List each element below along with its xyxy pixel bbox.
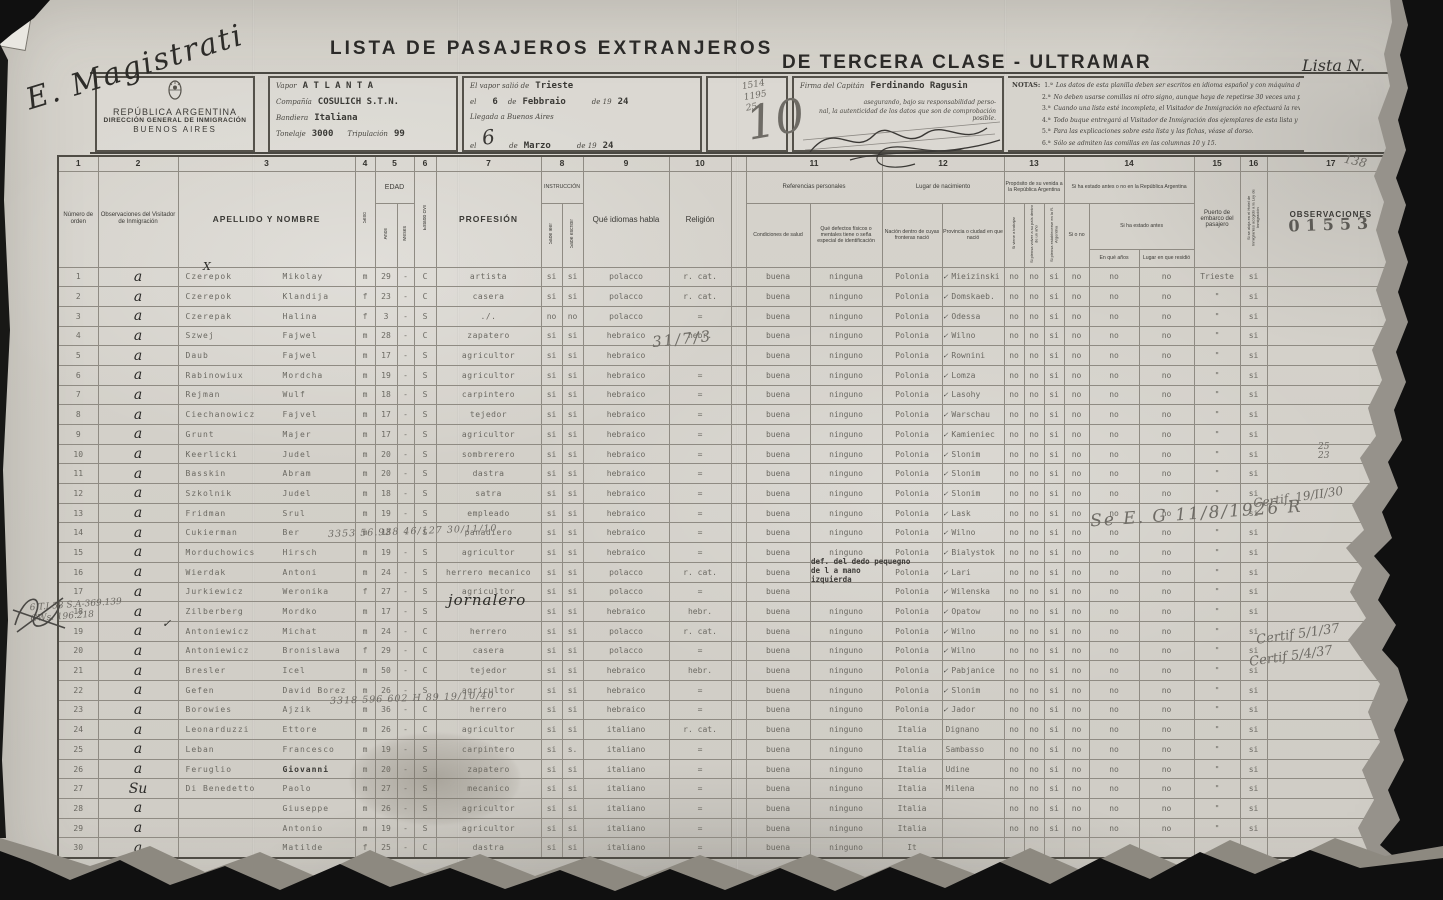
cell-hotel: si [1240,602,1267,622]
nota-text: Cuando una lista esté incompleta, el Vis… [1054,103,1300,115]
cell-civil-status: C [414,661,436,681]
cell-purpose-c: si [1044,503,1064,523]
cell-embark-port: " [1194,700,1240,720]
cell-age-years: 17 [375,346,397,366]
cell-health: buena [746,720,810,740]
cell-religion: hebr. [669,661,731,681]
de-label: de [508,98,517,106]
cell-age-months: - [397,306,414,326]
cell-visitor-mark: a [98,385,178,405]
cell-religion: = [669,838,731,858]
cell-where-resided: no [1139,306,1194,326]
cell-can-read: si [541,543,562,563]
col-number: 15 [1194,156,1240,171]
cell-language: hebraico [583,484,669,504]
cell-purpose-c: si [1044,484,1064,504]
cell-name: FeruglioGiovanni [178,759,355,779]
cell-embark-port [1194,838,1240,858]
cell-gap [731,759,746,779]
cell-name: KeerlickiJudel [178,444,355,464]
cell-gap [731,365,746,385]
cell-health: buena [746,740,810,760]
cell-visitor-mark: Su [98,779,178,799]
cell-civil-status: S [414,602,436,622]
cell-purpose-a: no [1004,661,1024,681]
cell-purpose-c: si [1044,582,1064,602]
vapor-label: Vapor [276,82,297,90]
cell-name: SzkolnikJudel [178,484,355,504]
captain-line2: nal, la autenticidad de los datos que so… [800,108,996,122]
cell-order-number: 4 [58,326,98,346]
cell-purpose-b: no [1024,503,1044,523]
nota-num: 3.ª [1042,103,1051,115]
passenger-row: 15 a MorduchowicsHirsch m 19 - S agricul… [58,543,1395,563]
cell-profession: tejedor [436,661,541,681]
cell-age-years: 29 [375,267,397,287]
cell-health: buena [746,779,810,799]
cell-purpose-c: si [1044,720,1064,740]
passenger-row: 1 a CzerepokMikolay m 29 - C artista si … [58,267,1395,287]
passenger-row: 26 a FeruglioGiovanni m 20 - S zapatero … [58,759,1395,779]
cell-gap [731,267,746,287]
cell-age-months: - [397,267,414,287]
cell-health: buena [746,621,810,641]
cell-which-years: no [1089,405,1139,425]
cell-been-before: no [1064,543,1089,563]
header-proposito-b: Si piensa volver a su país dentro de un … [1024,203,1044,267]
cell-gap [731,838,746,858]
cell-health: buena [746,641,810,661]
cell-birth-city: Dignano [942,720,1004,740]
cell-birth-city: ✓Jador [942,700,1004,720]
stamp-number: 01553 [1267,218,1394,229]
cell-civil-status: C [414,267,436,287]
cell-civil-status: S [414,306,436,326]
cell-hotel: si [1240,464,1267,484]
cell-gap [731,680,746,700]
cell-birth-nation: Polonia [882,267,942,287]
cell-birth-city [942,838,1004,858]
cell-purpose-c: si [1044,464,1064,484]
cell-gap [731,582,746,602]
cell-purpose-b: no [1024,306,1044,326]
passenger-row: 25 a LebanFrancesco m 19 - S carpintero … [58,740,1395,760]
margin-row-number: 1 [1386,267,1392,278]
cell-hotel: si [1240,818,1267,838]
cell-age-months: - [397,444,414,464]
cell-can-write: s. [562,740,583,760]
cell-birth-nation: Polonia [882,306,942,326]
cell-defects: ninguno [810,365,882,385]
cell-purpose-a: no [1004,720,1024,740]
cell-religion: r. cat. [669,267,731,287]
cell-order-number: 7 [58,385,98,405]
cell-can-write: si [562,523,583,543]
header-apellido-nombre: APELLIDO Y NOMBRE [178,171,355,267]
cell-purpose-c: si [1044,346,1064,366]
header-estado-civil: Estado civil [414,171,436,267]
header-en-que-anos: En qué años [1089,249,1139,267]
cell-name: SzwejFajwel [178,326,355,346]
cell-can-read: no [541,306,562,326]
cell-birth-nation: Polonia [882,700,942,720]
margin-row-number: 14 [1386,523,1399,534]
cell-can-write: si [562,385,583,405]
cell-embark-port: Trieste [1194,267,1240,287]
defect-note-line: def. del dedo pequegno [811,557,910,566]
cell-sex: m [355,661,375,681]
cell-can-write: si [562,838,583,858]
cell-language: polacco [583,267,669,287]
cell-religion: = [669,306,731,326]
cell-embark-port: " [1194,740,1240,760]
table-header: 1 2 3 4 5 6 7 8 9 10 11 12 13 14 15 16 1… [58,156,1395,267]
cell-purpose-a: no [1004,385,1024,405]
cell-birth-nation: Polonia [882,582,942,602]
cell-can-write: si [562,759,583,779]
cell-purpose-a: no [1004,818,1024,838]
cell-health: buena [746,385,810,405]
passenger-row: 21 a BreslerIcel m 50 - C tejedor si si … [58,661,1395,681]
cell-name: RabinowiuxMordcha [178,365,355,385]
cell-purpose-a: no [1004,484,1024,504]
cell-age-months: - [397,602,414,622]
header-rule-top [90,72,1392,74]
cell-age-months: - [397,641,414,661]
cell-which-years: no [1089,444,1139,464]
nota-num: 1.ª [1044,80,1053,92]
cell-purpose-a: no [1004,365,1024,385]
cell-purpose-a: no [1004,503,1024,523]
cell-birth-city: ✓Slonim [942,464,1004,484]
passenger-row: 30 a Matilde f 25 - C dastra si si itali… [58,838,1395,858]
cell-hotel: si [1240,287,1267,307]
cell-purpose-a: no [1004,562,1024,582]
cell-age-years: 17 [375,602,397,622]
cell-religion [669,346,731,366]
handwritten-x-row1: X [203,260,211,273]
cell-profession: ./. [436,306,541,326]
cell-can-write: si [562,799,583,819]
cell-observations [1267,543,1395,563]
cell-civil-status: S [414,484,436,504]
header-meses: Meses [397,203,414,267]
cell-visitor-mark: a [98,464,178,484]
cell-observations [1267,425,1395,445]
passenger-row: 7 a RejmanWulf m 18 - S carpintero si si… [58,385,1395,405]
mes-llegada: Marzo [524,141,551,151]
cell-civil-status: S [414,503,436,523]
header-sabe-escribir: Sabe escribir [562,203,583,267]
cell-health: buena [746,425,810,445]
cell-language: hebraico [583,365,669,385]
cell-age-months: - [397,562,414,582]
cell-can-write: no [562,306,583,326]
cell-religion: = [669,484,731,504]
cell-hotel: si [1240,425,1267,445]
cell-order-number: 22 [58,680,98,700]
cell-religion: = [669,641,731,661]
cell-embark-port: " [1194,306,1240,326]
col-number: 8 [541,156,583,171]
voyage-info-box: El vapor salió deTrieste el6deFebbraiode… [462,76,702,152]
cell-visitor-mark: a [98,267,178,287]
cell-can-read: si [541,621,562,641]
cell-purpose-a: no [1004,740,1024,760]
header-referencias: Referencias personales [746,171,882,203]
cell-which-years: no [1089,562,1139,582]
cell-birth-city: ✓Pabjanice [942,661,1004,681]
cell-health: buena [746,464,810,484]
cell-gap [731,287,746,307]
captain-line1: asegurando, bajo su responsabilidad pers… [800,99,996,106]
cell-language: hebraico [583,503,669,523]
cell-profession: agricultor [436,365,541,385]
cell-age-months: - [397,484,414,504]
vapor-value: A T L A N T A [303,81,373,91]
cell-purpose-c: si [1044,365,1064,385]
nota-text: No deben usarse comillas ni otro signo, … [1054,92,1300,104]
cell-language: italiano [583,799,669,819]
margin-row-number: 19 [1386,622,1399,633]
nota-text: Sólo se admiten las comillas en las colu… [1054,138,1217,150]
cell-visitor-mark: a [98,425,178,445]
cell-gap [731,444,746,464]
cell-hotel: si [1240,582,1267,602]
cell-defects: ninguno [810,306,882,326]
cell-purpose-b: no [1024,287,1044,307]
passenger-row: 27 Su Di BenedettoPaolo m 27 - S mecanic… [58,779,1395,799]
cell-birth-nation: Polonia [882,444,942,464]
cell-purpose-b: no [1024,444,1044,464]
cell-where-resided: no [1139,385,1194,405]
cell-purpose-b: no [1024,346,1044,366]
cell-gap [731,641,746,661]
cell-gap [731,720,746,740]
cell-religion: = [669,818,731,838]
cell-order-number: 3 [58,306,98,326]
cell-order-number: 19 [58,621,98,641]
cell-birth-city: ✓Wilno [942,523,1004,543]
handwritten-jornalero: jornalero [448,591,526,609]
cell-order-number: 13 [58,503,98,523]
cell-purpose-c: si [1044,621,1064,641]
cell-hotel: si [1240,346,1267,366]
cell-name: LeonarduzziEttore [178,720,355,740]
cell-age-years: 20 [375,464,397,484]
paper-stain [350,733,520,825]
cell-language: hebraico [583,385,669,405]
cell-can-write: si [562,621,583,641]
cell-been-before: no [1064,759,1089,779]
captain-name: Ferdinando Ragusin [870,81,968,91]
cell-which-years: no [1089,306,1139,326]
cell-purpose-c: si [1044,306,1064,326]
cell-purpose-c: si [1044,385,1064,405]
cell-sex: m [355,444,375,464]
cell-hotel: si [1240,326,1267,346]
cell-age-years: 3 [375,306,397,326]
cell-age-years: 24 [375,621,397,641]
cell-where-resided: no [1139,464,1194,484]
cell-embark-port: " [1194,621,1240,641]
cell-embark-port: " [1194,464,1240,484]
cell-profession: dastra [436,464,541,484]
cell-order-number: 1 [58,267,98,287]
header-numero-orden: Número de orden [58,171,98,267]
cell-gap [731,503,746,523]
cell-sex: m [355,365,375,385]
cell-can-read: si [541,346,562,366]
cell-defects: ninguno [810,779,882,799]
cell-which-years: no [1089,582,1139,602]
cell-name: JurkiewiczWeronika [178,582,355,602]
cell-can-write: si [562,543,583,563]
cell-profession: casera [436,287,541,307]
cell-purpose-b: no [1024,582,1044,602]
cell-sex: m [355,464,375,484]
cell-defects: ninguno [810,385,882,405]
passenger-row: 11 a BasskinAbram m 20 - S dastra si si … [58,464,1395,484]
cell-which-years: no [1089,287,1139,307]
cell-can-read: si [541,405,562,425]
passenger-row: 28 a Giuseppe m 26 - S agricultor si si … [58,799,1395,819]
margin-row-number: 11 [1386,464,1399,475]
cell-can-read: si [541,444,562,464]
cell-purpose-b: no [1024,464,1044,484]
cell-hotel: si [1240,385,1267,405]
cell-purpose-a: no [1004,425,1024,445]
cell-purpose-c [1044,838,1064,858]
cell-profession: agricultor [436,346,541,366]
cell-purpose-a: no [1004,523,1024,543]
cell-visitor-mark: a [98,287,178,307]
cell-health: buena [746,759,810,779]
cell-defects: ninguno [810,326,882,346]
col-number: 10 [669,156,731,171]
cell-gap [731,346,746,366]
cell-gap [731,661,746,681]
margin-row-number: 5 [1386,346,1392,357]
margin-row-number: 4 [1386,326,1392,337]
cell-gap [731,464,746,484]
cell-sex: m [355,484,375,504]
cell-which-years: no [1089,385,1139,405]
margin-row-number: 12 [1386,484,1399,495]
pencil-number-10: 10 [742,87,809,150]
cell-been-before: no [1064,799,1089,819]
cell-where-resided: no [1139,799,1194,819]
cell-purpose-b: no [1024,425,1044,445]
cell-where-resided: no [1139,346,1194,366]
cell-visitor-mark: a [98,759,178,779]
cell-age-months: - [397,346,414,366]
cell-order-number: 28 [58,799,98,819]
cell-purpose-b: no [1024,267,1044,287]
cell-age-months: - [397,365,414,385]
cell-religion: r. cat. [669,287,731,307]
cell-sex: m [355,405,375,425]
cell-been-before: no [1064,287,1089,307]
cell-birth-nation: It [882,838,942,858]
cell-can-write: si [562,700,583,720]
cell-visitor-mark: a [98,562,178,582]
cell-observations [1267,405,1395,425]
cell-age-months: - [397,385,414,405]
cell-purpose-b: no [1024,365,1044,385]
header-estado-antes: Si ha estado antes o no en la República … [1064,171,1194,203]
cell-where-resided: no [1139,365,1194,385]
cell-embark-port: " [1194,582,1240,602]
header-proposito: Propósito de su venida a la República Ar… [1004,171,1064,203]
cell-age-months: - [397,621,414,641]
cell-birth-city: ✓Rownini [942,346,1004,366]
cell-age-months: - [397,582,414,602]
cell-can-write: si [562,818,583,838]
cell-purpose-c: si [1044,779,1064,799]
cell-birth-nation: Polonia [882,425,942,445]
cell-gap [731,700,746,720]
cell-health: buena [746,326,810,346]
llegada-label: Llegada a Buenos Aires [470,113,554,121]
margin-row-number: 13 [1386,503,1399,514]
cell-name: FridmanSrul [178,503,355,523]
cell-where-resided: no [1139,720,1194,740]
cell-can-read: si [541,759,562,779]
cell-which-years: no [1089,464,1139,484]
cell-purpose-a: no [1004,582,1024,602]
cell-can-read: si [541,503,562,523]
cell-gap [731,602,746,622]
col-number: 13 [1004,156,1064,171]
cell-which-years: no [1089,799,1139,819]
cell-been-before: no [1064,425,1089,445]
cell-health: buena [746,818,810,838]
header-edad: EDAD [375,171,414,203]
cell-observations [1267,779,1395,799]
cell-language: hebraico [583,700,669,720]
cell-name: MorduchowicsHirsch [178,543,355,563]
cell-hotel: si [1240,543,1267,563]
header-profesion: PROFESIÓN [436,171,541,267]
cell-religion: = [669,365,731,385]
cell-age-years: 29 [375,641,397,661]
cell-can-read: si [541,326,562,346]
cell-civil-status: S [414,464,436,484]
margin-row-number: 17 [1386,582,1399,593]
cell-health: buena [746,306,810,326]
cell-can-read: si [541,700,562,720]
cell-embark-port: " [1194,523,1240,543]
passenger-rows: 1 a CzerepokMikolay m 29 - C artista si … [58,267,1395,858]
cell-language: hebraico [583,661,669,681]
cell-religion: = [669,759,731,779]
cell-hotel [1240,838,1267,858]
cell-purpose-b: no [1024,385,1044,405]
cell-civil-status: S [414,444,436,464]
cell-defects: ninguno [810,287,882,307]
cell-profession: sombrerero [436,444,541,464]
header-si-ha-estado: Si ha estado antes [1089,203,1194,249]
cell-been-before: no [1064,641,1089,661]
cell-observations [1267,680,1395,700]
cell-age-months: - [397,326,414,346]
cell-defects: ninguno [810,700,882,720]
cell-embark-port: " [1194,326,1240,346]
col-number: 9 [583,156,669,171]
cell-observations [1267,720,1395,740]
passenger-row: 19 a AntoniewiczMichat m 24 - C herrero … [58,621,1395,641]
